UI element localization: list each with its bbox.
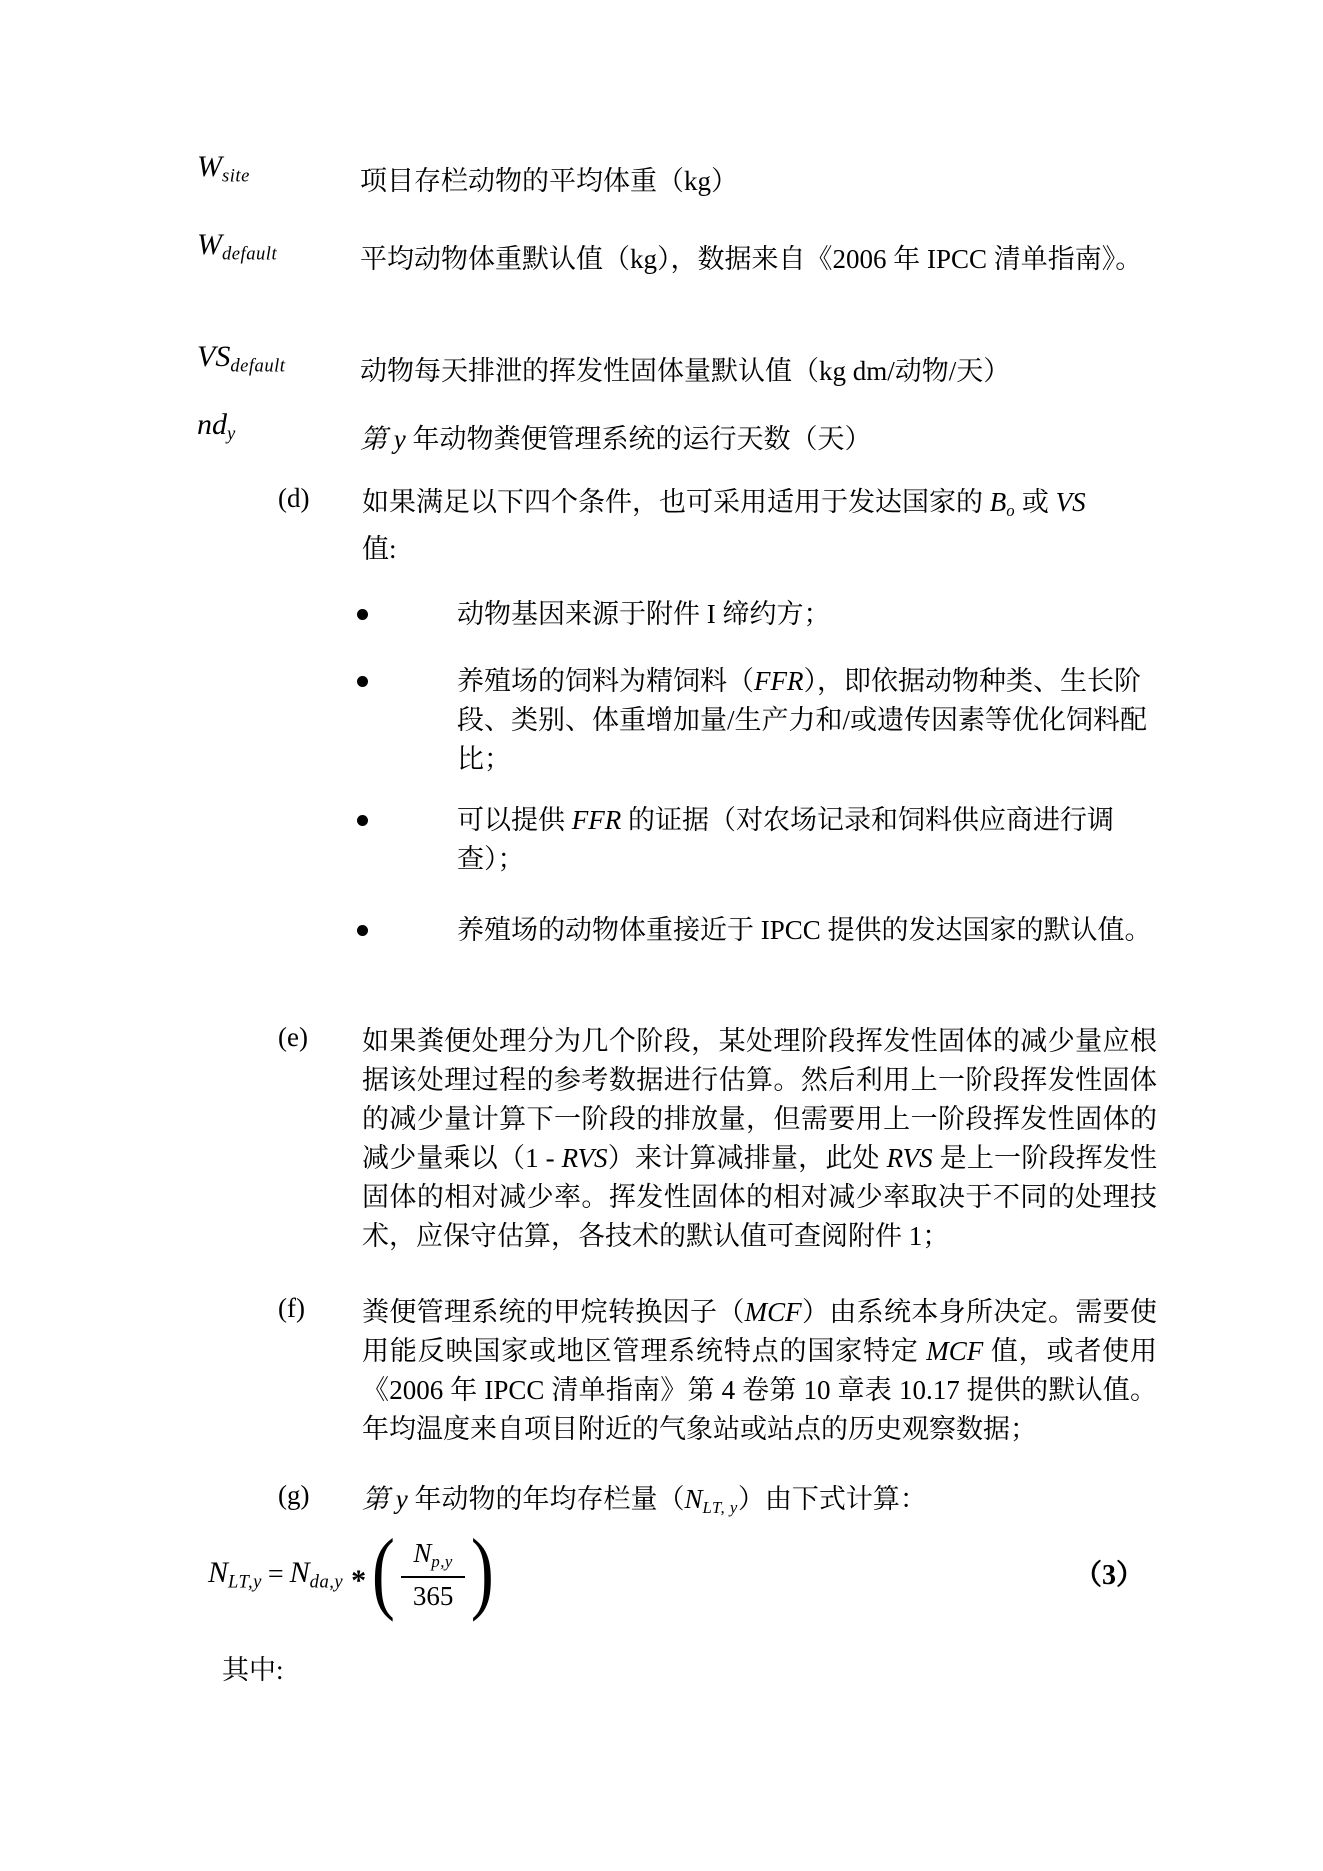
equals-sign: = <box>262 1559 290 1591</box>
multiply-asterisk: * <box>343 1564 368 1598</box>
bullet-icon <box>357 676 368 687</box>
fraction-denominator: 365 <box>401 1576 466 1612</box>
bullet-icon <box>357 925 368 936</box>
bullet-text-3: 可以提供 FFR 的证据（对农场记录和饲料供应商进行调查）； <box>457 801 1157 879</box>
bullet-text-2: 养殖场的饲料为精饲料（FFR），即依据动物种类、生长阶段、类别、体重增加量/生产… <box>457 662 1157 779</box>
open-paren: ( <box>372 1536 395 1606</box>
formula-n-lt-y: NLT,y = Nda,y * ( Np,y 365 ) <box>208 1537 498 1613</box>
bullet-icon <box>357 815 368 826</box>
fraction: Np,y 365 <box>401 1538 466 1611</box>
list-marker-e: (e) <box>278 1022 308 1053</box>
definition-desc-nd-y: 第 y 年动物粪便管理系统的运行天数（天） <box>360 420 1160 459</box>
definition-desc-vs-default: 动物每天排泄的挥发性固体量默认值（kg dm/动物/天） <box>360 352 1160 391</box>
list-marker-f: (f) <box>278 1293 305 1324</box>
definition-term-w-site: Wsite <box>197 150 250 188</box>
close-paren: ) <box>471 1536 494 1606</box>
list-marker-d: (d) <box>278 483 309 514</box>
formula-lhs: NLT,y <box>208 1556 262 1594</box>
list-body-f: 粪便管理系统的甲烷转换因子（MCF）由系统本身所决定。需要使用能反映国家或地区管… <box>362 1293 1157 1449</box>
list-body-e: 如果粪便处理分为几个阶段，某处理阶段挥发性固体的减少量应根据该处理过程的参考数据… <box>362 1022 1157 1256</box>
definition-term-vs-default: VSdefault <box>197 340 285 378</box>
bullet-text-4: 养殖场的动物体重接近于 IPCC 提供的发达国家的默认值。 <box>457 911 1157 950</box>
list-marker-g: (g) <box>278 1480 309 1511</box>
where-label: 其中: <box>222 1648 284 1687</box>
formula-rhs: Nda,y <box>290 1556 344 1594</box>
definition-term-w-default: Wdefault <box>197 228 277 266</box>
definition-term-nd-y: ndy <box>197 408 236 446</box>
fraction-numerator: Np,y <box>409 1538 457 1575</box>
list-body-d: 如果满足以下四个条件，也可采用适用于发达国家的 Bo 或 VS 值: <box>362 483 1110 569</box>
definition-desc-w-default: 平均动物体重默认值（kg），数据来自《2006 年 IPCC 清单指南》。 <box>360 240 1150 279</box>
equation-number: （3） <box>1074 1553 1144 1593</box>
document-page: Wsite 项目存栏动物的平均体重（kg） Wdefault 平均动物体重默认值… <box>0 0 1323 1871</box>
definition-desc-w-site: 项目存栏动物的平均体重（kg） <box>360 162 1150 201</box>
bullet-icon <box>357 609 368 620</box>
bullet-text-1: 动物基因来源于附件 I 缔约方； <box>457 595 1157 634</box>
